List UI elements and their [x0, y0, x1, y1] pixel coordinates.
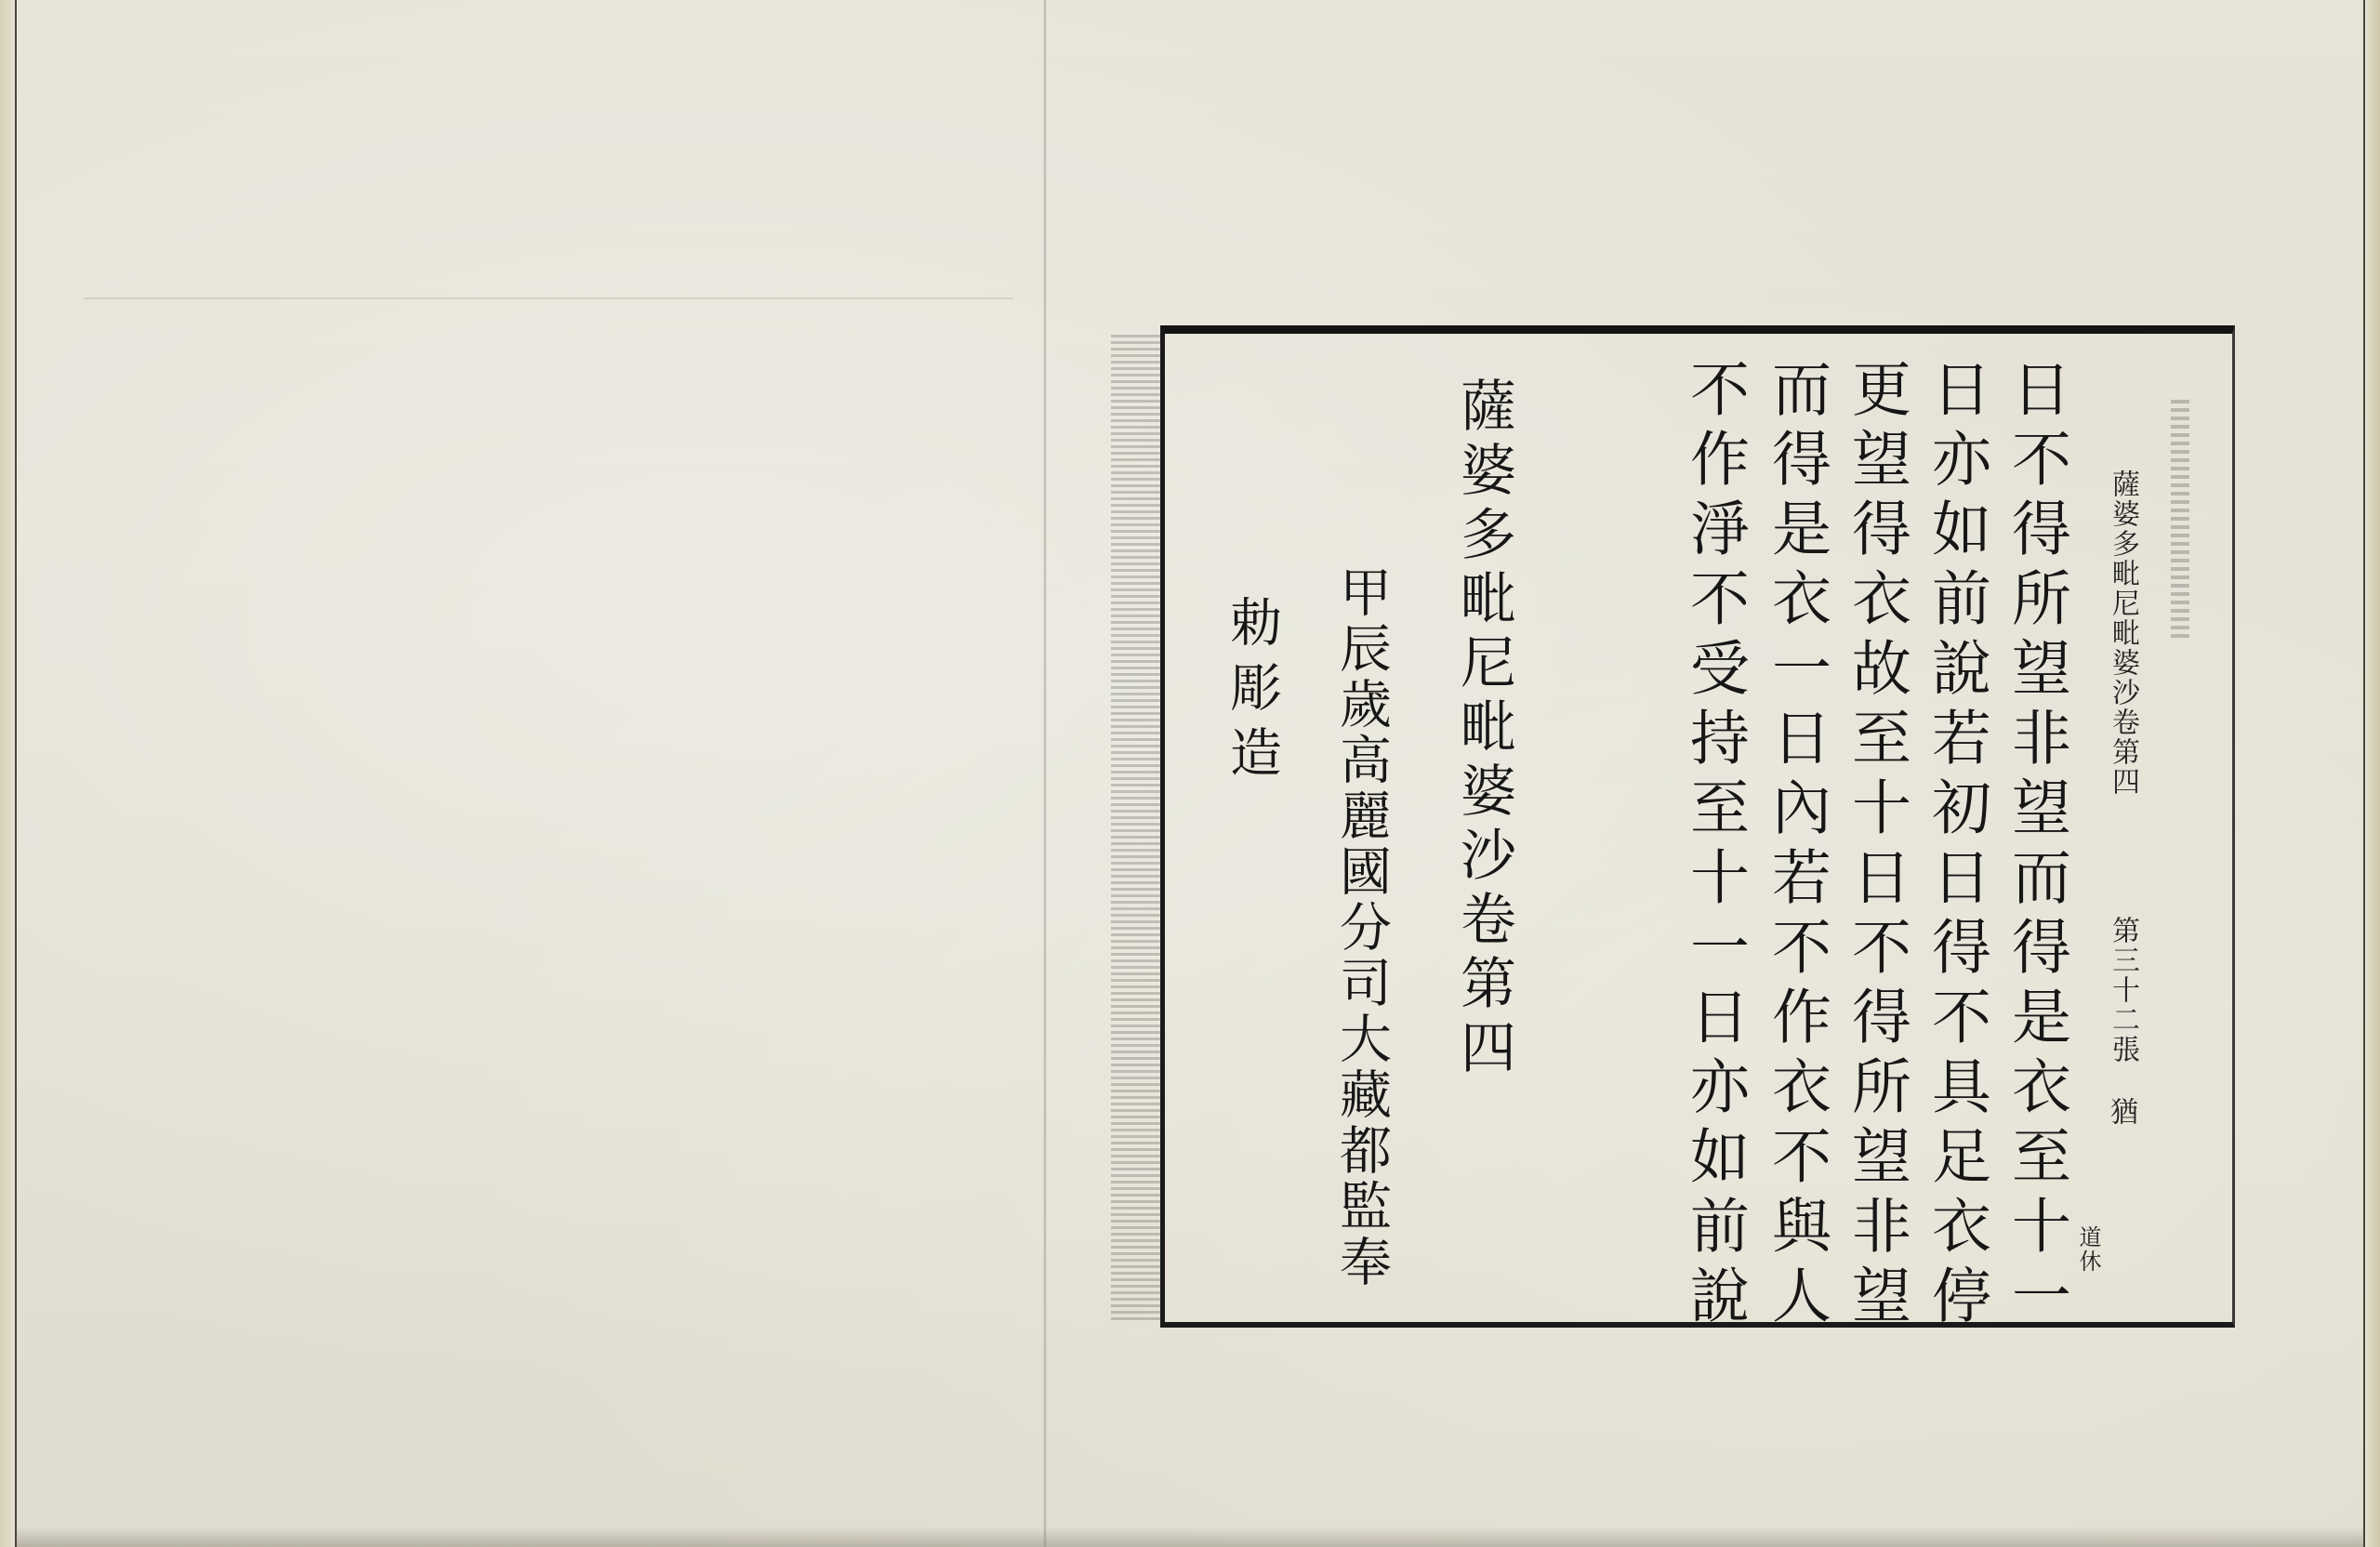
margin-leaf-number: 第三十二張 — [2109, 916, 2136, 1064]
margin-case-character: 猶 — [2107, 1097, 2135, 1127]
text-column-5: 不作淨不受持至十一日亦如前說 — [1685, 358, 1744, 1334]
bleed-through-line — [84, 297, 1013, 299]
page-right-edge — [2363, 0, 2380, 1547]
ink-smudge-left — [1111, 335, 1165, 1320]
colophon-line-1: 甲辰歲高麗國分司大藏都監奉 — [1335, 565, 1387, 1290]
end-title: 薩婆多毗尼毗婆沙卷第四 — [1456, 377, 1512, 1082]
margin-carver-name: 道休 — [2077, 1225, 2099, 1274]
margin-title: 薩婆多毗尼毗婆沙卷第四 — [2109, 469, 2136, 797]
text-column-4: 而得是衣一日內若不作衣不與人 — [1766, 358, 1826, 1334]
page-left-edge — [0, 0, 17, 1547]
page-bottom-shadow — [17, 1527, 2363, 1547]
text-column-2: 日亦如前說若初日得不具足衣停 — [1926, 358, 1986, 1334]
text-column-1: 日不得所望非望而得是衣至十一 — [2006, 358, 2066, 1334]
gutter-fold-line — [1043, 0, 1047, 1547]
colophon-line-2: 勅彫造 — [1225, 595, 1277, 790]
text-column-3: 更望得衣故至十日不得所望非望 — [1846, 358, 1906, 1334]
